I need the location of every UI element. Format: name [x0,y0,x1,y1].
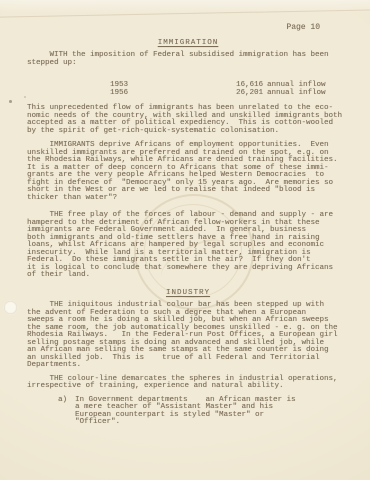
list-item-marker: a) [58,397,75,427]
list-item-text: In Government departments an African mas… [75,397,349,427]
industry-paragraph-2: THE colour-line demarcates the spheres i… [27,376,349,391]
stat-year: 1953 [110,82,236,90]
immigration-stats-table: 1953 16,616 annual inflow 1956 26,201 an… [27,82,349,97]
paper-speck [24,96,26,98]
document-content: Page 10 IMMIGRATION WITH the imposition … [27,24,349,427]
immigration-intro-paragraph: WITH the imposition of Federal subsidise… [27,52,349,67]
section-heading-immigration-text: IMMIGRATION [158,39,219,47]
immigration-paragraph-2: IMMIGRANTS deprive Africans of employmen… [27,142,349,202]
page-number: Page 10 [27,24,349,32]
section-heading-industry: INDUSTRY [27,290,349,298]
scanned-document-page: Page 10 IMMIGRATION WITH the imposition … [0,0,370,480]
immigration-paragraph-3: THE free play of the forces of labour - … [27,212,349,280]
stat-year: 1956 [110,90,236,98]
stat-label: annual inflow [267,90,326,98]
table-row: 1956 26,201 annual inflow [27,90,349,98]
punch-hole [4,301,17,314]
paper-speck [9,100,12,103]
industry-paragraph-1: THE iniquitous industrial colour bar has… [27,302,349,370]
immigration-paragraph-1: This unprecedented flow of immigrants ha… [27,105,349,135]
industry-list-item-a: a) In Government departments an African … [27,397,349,427]
section-heading-immigration: IMMIGRATION [27,40,349,48]
section-heading-industry-text: INDUSTRY [166,289,210,297]
stat-value: 26,201 [236,90,267,98]
